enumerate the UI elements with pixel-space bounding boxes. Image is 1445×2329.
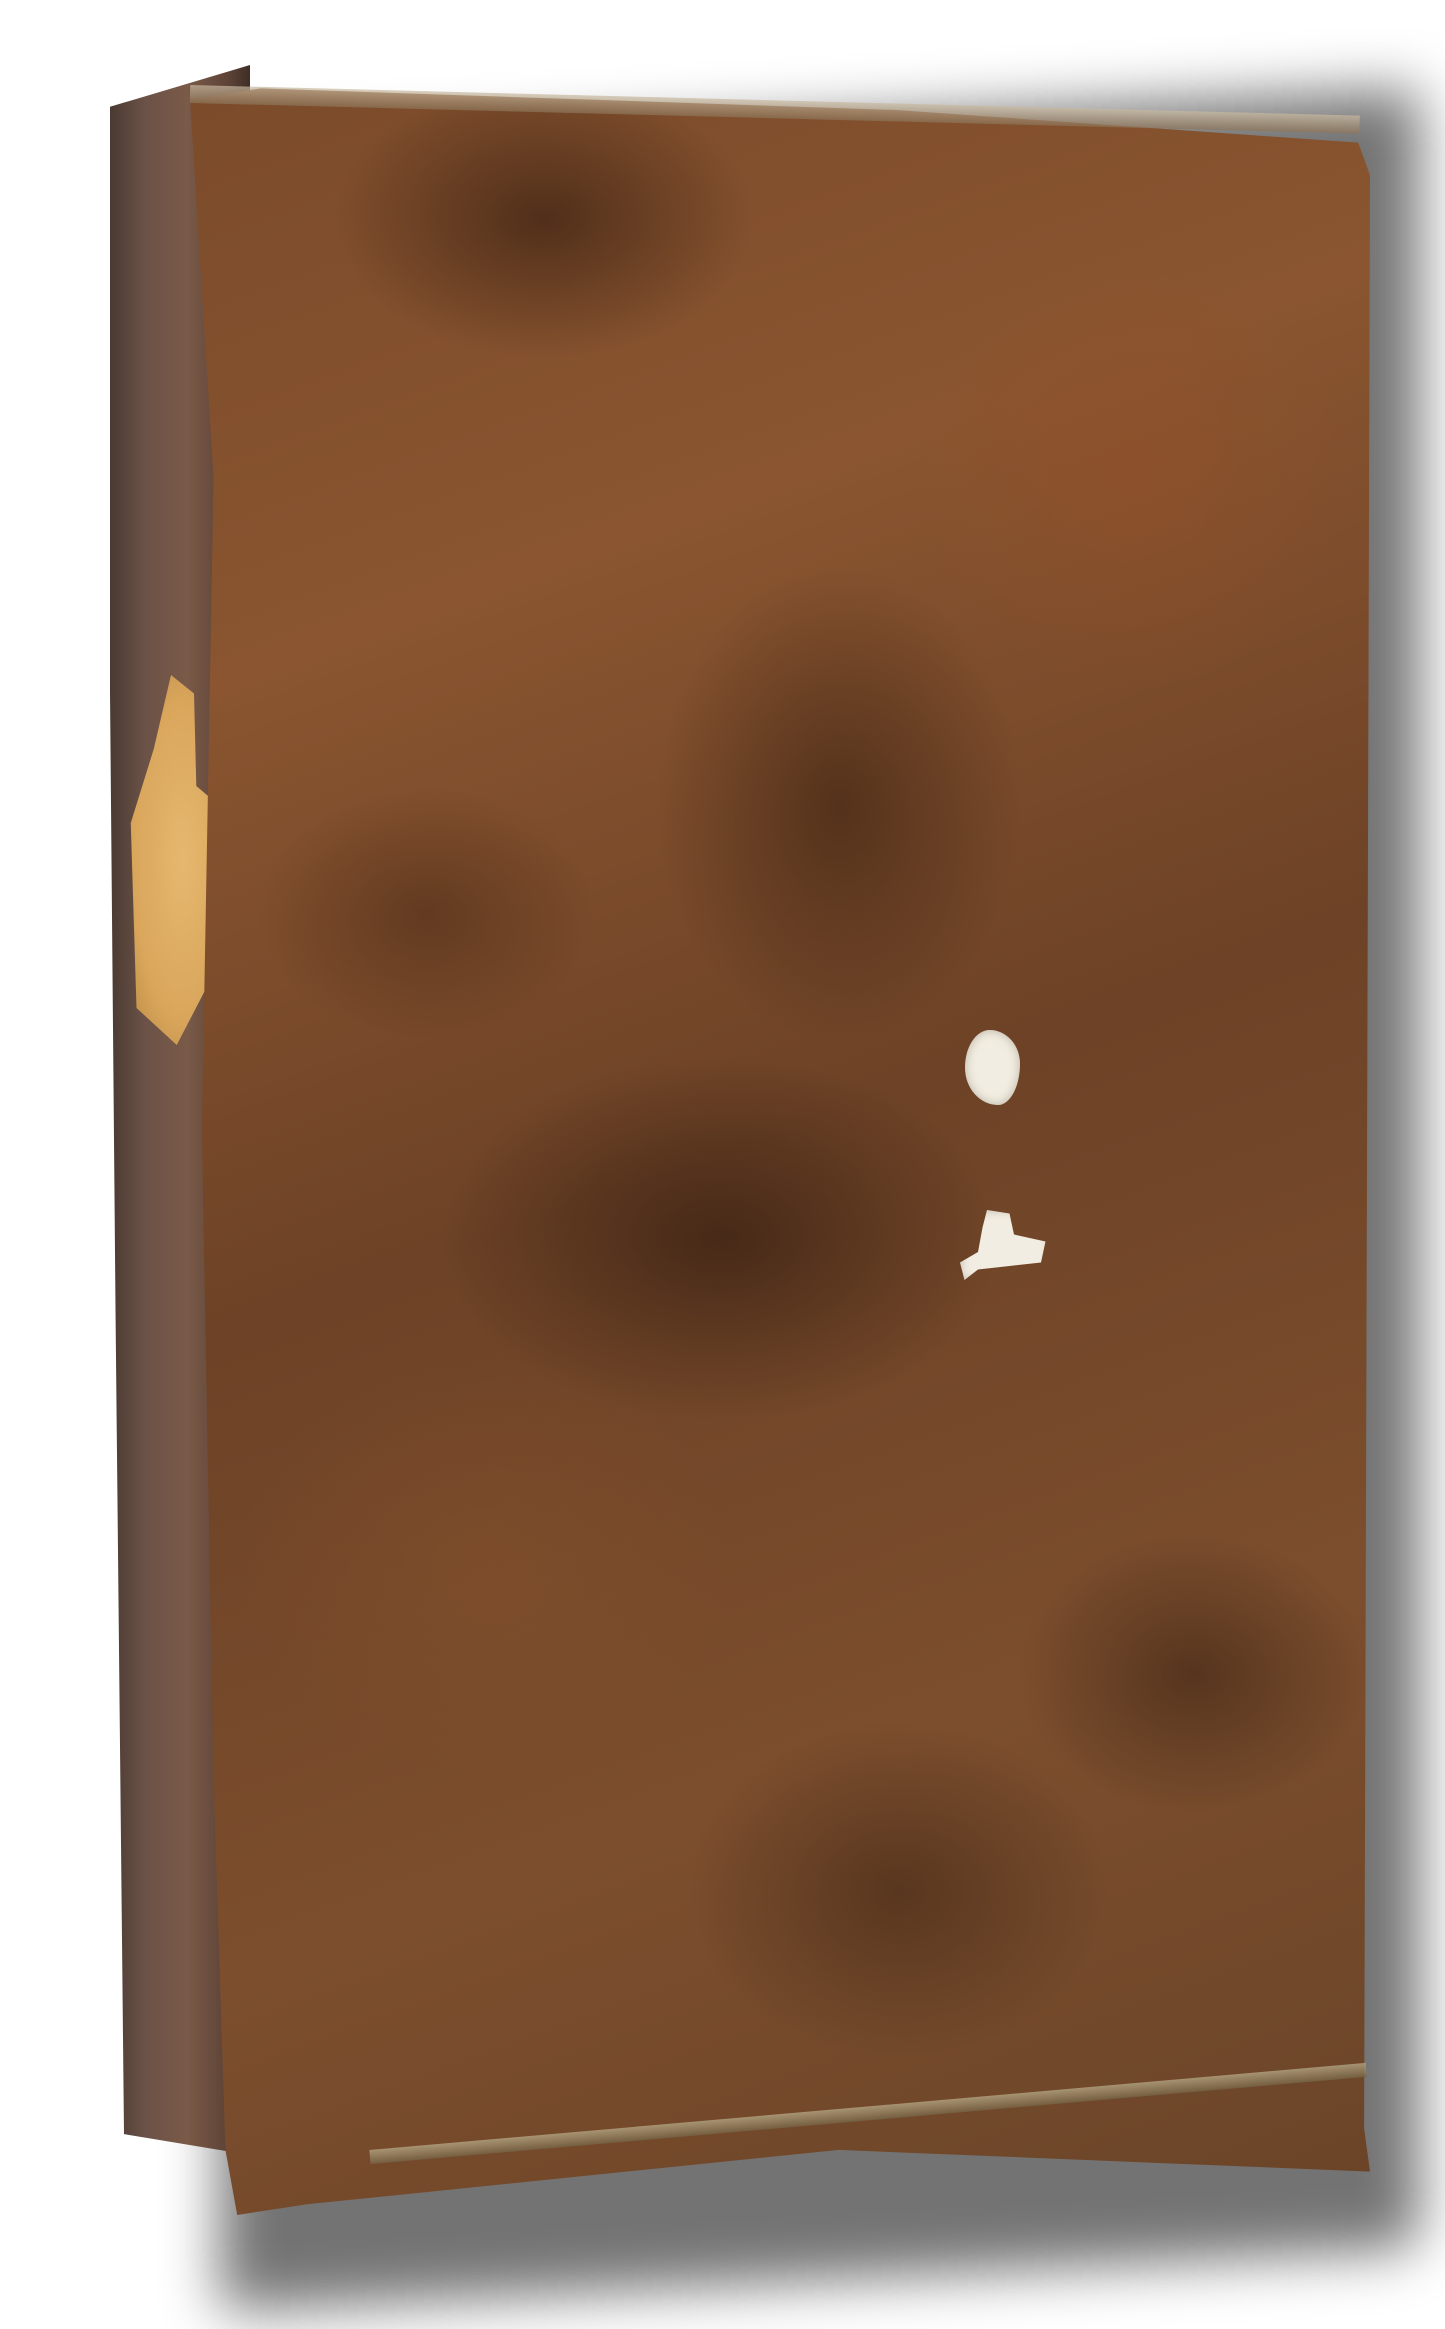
product-photo bbox=[0, 0, 1445, 2329]
antique-book bbox=[70, 45, 1370, 2245]
leather-cover bbox=[190, 45, 1370, 2215]
